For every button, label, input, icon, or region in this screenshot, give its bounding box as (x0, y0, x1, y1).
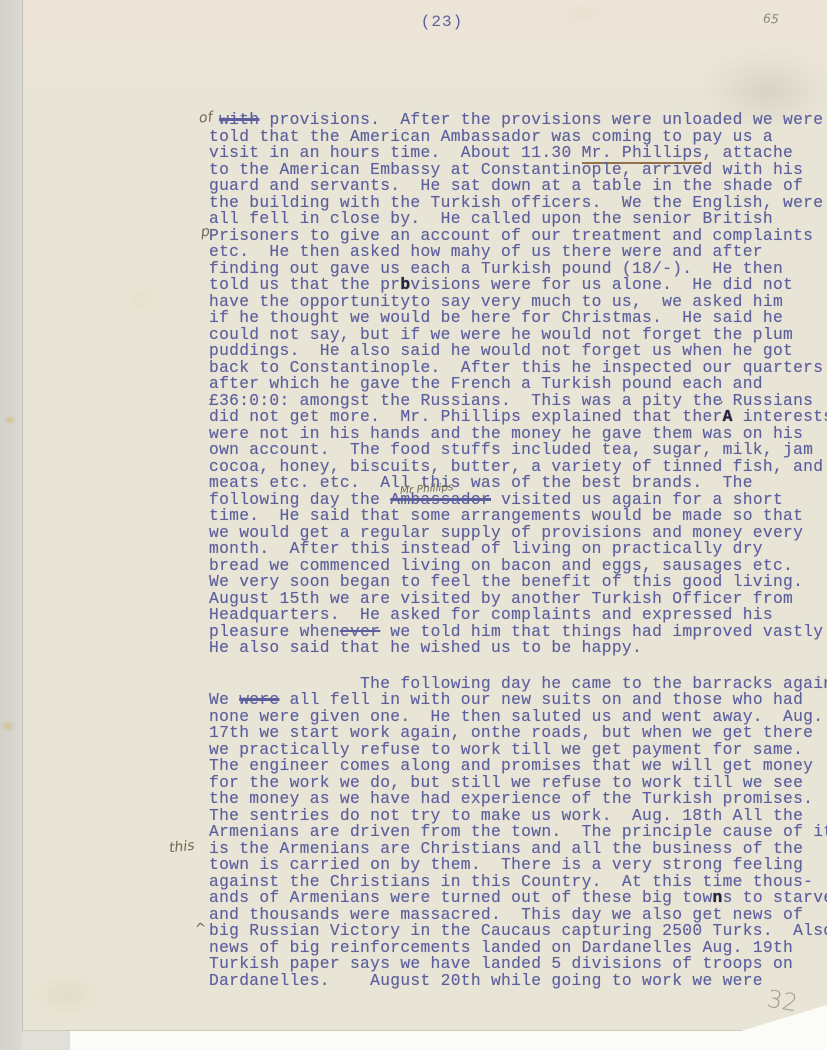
typed-text: of with provisions. After the provisions… (209, 112, 827, 989)
handwritten-margin-note: ^ (194, 920, 207, 938)
paper-sheet: (23) 65 of with provisions. After the pr… (22, 0, 827, 1031)
handwritten-margin-note: p (200, 223, 211, 240)
handwritten-margin-note: of (198, 109, 213, 127)
typed-line: He also said that he wished us to be hap… (209, 640, 827, 657)
handwritten-margin-note: this (168, 837, 195, 856)
scanner-background (70, 1031, 827, 1050)
pencil-folio-number-top: 65 (763, 10, 780, 26)
scanned-document-page: { "page": { "typed_page_number": "(23)",… (0, 0, 827, 1050)
typed-line: Dardanelles. August 20th while going to … (209, 973, 827, 990)
pencil-folio-number-bottom: 32 (765, 985, 800, 1018)
paragraph: The following day he came to the barrack… (209, 676, 827, 990)
typed-page-number: (23) (362, 13, 522, 31)
paragraph: of with provisions. After the provisions… (209, 112, 827, 657)
handwritten-correction: Mr Phillips (400, 479, 455, 499)
